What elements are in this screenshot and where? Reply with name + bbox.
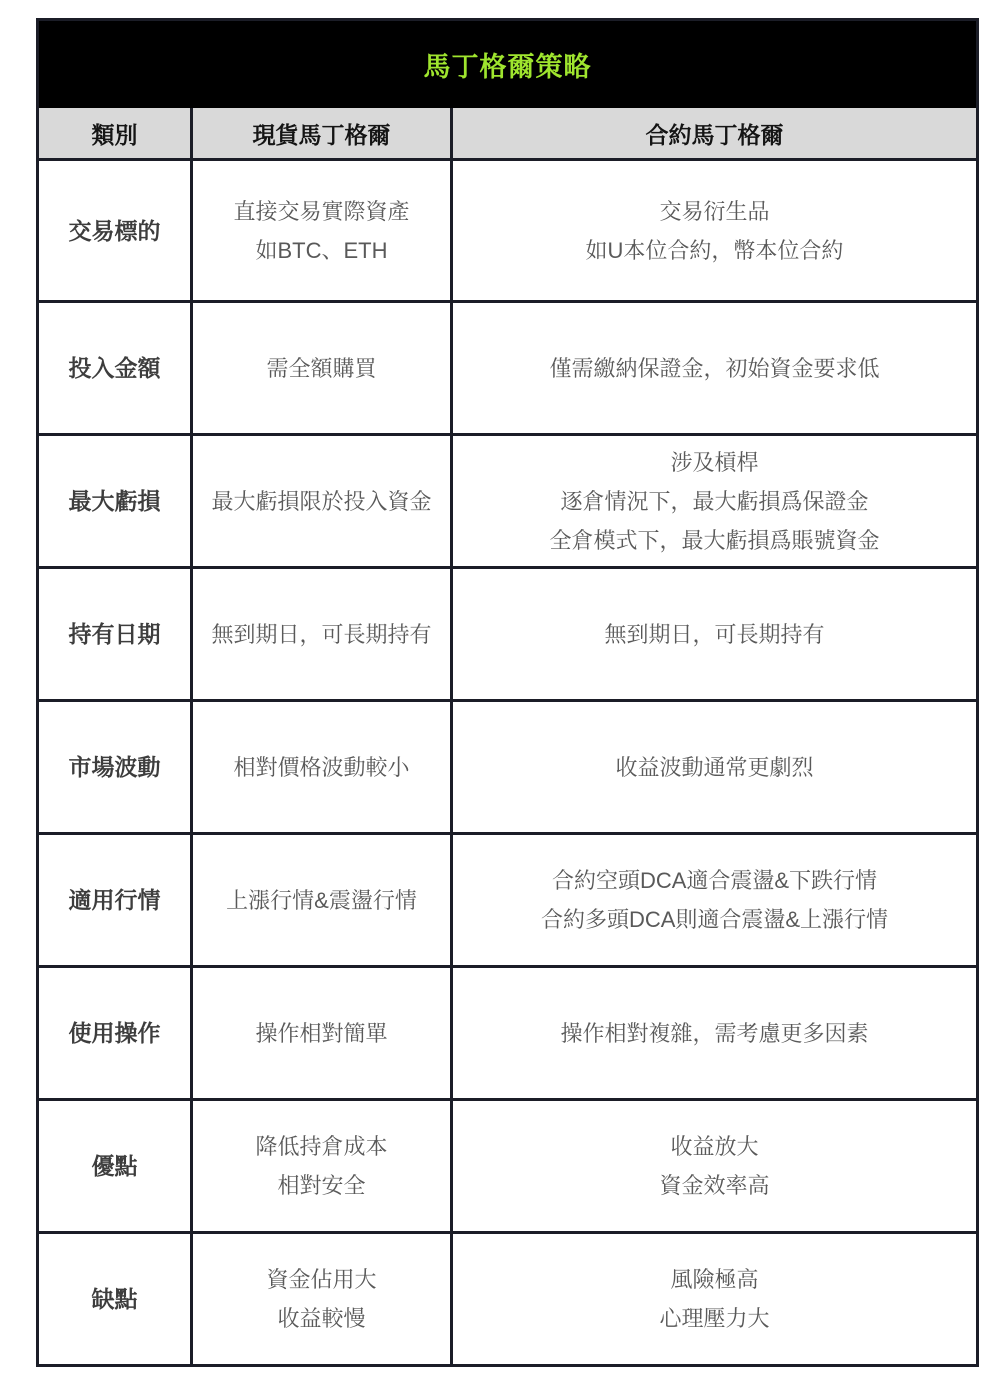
cell-line: 逐倉情況下，最大虧損爲保證金 [560, 482, 868, 521]
row-label: 適用行情 [39, 835, 190, 965]
cell-line: 收益較慢 [277, 1299, 365, 1338]
row-label: 市場波動 [39, 702, 190, 832]
contract-value-cell: 交易衍生品如U本位合約，幣本位合約 [450, 161, 976, 300]
contract-value-cell: 收益波動通常更劇烈 [450, 702, 976, 832]
spot-value-cell: 需全額購買 [190, 303, 450, 433]
table-row: 適用行情上漲行情&震盪行情合約空頭DCA適合震盪&下跌行情合約多頭DCA則適合震… [39, 832, 976, 965]
contract-value-cell: 涉及槓桿逐倉情況下，最大虧損爲保證金全倉模式下，最大虧損爲賬號資金 [450, 436, 976, 566]
cell-line: 無到期日，可長期持有 [211, 615, 431, 654]
cell-line: 僅需繳納保證金，初始資金要求低 [549, 349, 879, 388]
cell-line: 交易標的 [69, 214, 161, 248]
spot-value-cell: 操作相對簡單 [190, 968, 450, 1098]
table-title: 馬丁格爾策略 [424, 45, 592, 84]
spot-value-cell: 直接交易實際資產如BTC、ETH [190, 161, 450, 300]
table-row: 最大虧損最大虧損限於投入資金涉及槓桿逐倉情況下，最大虧損爲保證金全倉模式下，最大… [39, 433, 976, 566]
row-label: 使用操作 [39, 968, 190, 1098]
table-title-band: 馬丁格爾策略 [39, 21, 976, 108]
row-label: 投入金額 [39, 303, 190, 433]
cell-line: 相對安全 [277, 1166, 365, 1205]
table-row: 交易標的直接交易實際資產如BTC、ETH交易衍生品如U本位合約，幣本位合約 [39, 158, 976, 300]
header-spot-martingale: 現貨馬丁格爾 [190, 108, 450, 158]
cell-line: 相對價格波動較小 [233, 748, 409, 787]
cell-line: 需全額購買 [266, 349, 376, 388]
spot-value-cell: 資金佔用大收益較慢 [190, 1234, 450, 1364]
contract-value-cell: 風險極高心理壓力大 [450, 1234, 976, 1364]
cell-line: 直接交易實際資產 [233, 192, 409, 231]
cell-line: 交易衍生品 [659, 192, 769, 231]
cell-line: 如U本位合約，幣本位合約 [586, 231, 844, 270]
contract-value-cell: 操作相對複雜，需考慮更多因素 [450, 968, 976, 1098]
table-row: 優點降低持倉成本相對安全收益放大資金效率高 [39, 1098, 976, 1231]
page: 馬丁格爾策略 類別 現貨馬丁格爾 合約馬丁格爾 交易標的直接交易實際資產如BTC… [0, 0, 1002, 1384]
contract-value-cell: 合約空頭DCA適合震盪&下跌行情合約多頭DCA則適合震盪&上漲行情 [450, 835, 976, 965]
table-row: 持有日期無到期日，可長期持有無到期日，可長期持有 [39, 566, 976, 699]
cell-line: 持有日期 [69, 617, 161, 651]
cell-line: 市場波動 [69, 750, 161, 784]
cell-line: 操作相對簡單 [255, 1014, 387, 1053]
row-label: 最大虧損 [39, 436, 190, 566]
cell-line: 最大虧損限於投入資金 [211, 482, 431, 521]
cell-line: 使用操作 [69, 1016, 161, 1050]
header-contract-martingale: 合約馬丁格爾 [450, 108, 976, 158]
table-row: 市場波動相對價格波動較小收益波動通常更劇烈 [39, 699, 976, 832]
contract-value-cell: 僅需繳納保證金，初始資金要求低 [450, 303, 976, 433]
cell-line: 最大虧損 [69, 484, 161, 518]
cell-line: 涉及槓桿 [670, 443, 758, 482]
table-row: 投入金額需全額購買僅需繳納保證金，初始資金要求低 [39, 300, 976, 433]
cell-line: 操作相對複雜，需考慮更多因素 [560, 1014, 868, 1053]
cell-line: 無到期日，可長期持有 [604, 615, 824, 654]
contract-value-cell: 收益放大資金效率高 [450, 1101, 976, 1231]
row-label: 交易標的 [39, 161, 190, 300]
table-row: 使用操作操作相對簡單操作相對複雜，需考慮更多因素 [39, 965, 976, 1098]
cell-line: 缺點 [92, 1282, 138, 1316]
table-body: 交易標的直接交易實際資產如BTC、ETH交易衍生品如U本位合約，幣本位合約投入金… [39, 158, 976, 1364]
cell-line: 收益波動通常更劇烈 [615, 748, 813, 787]
cell-line: 降低持倉成本 [255, 1127, 387, 1166]
table-row: 缺點資金佔用大收益較慢風險極高心理壓力大 [39, 1231, 976, 1364]
row-label: 持有日期 [39, 569, 190, 699]
cell-line: 資金效率高 [659, 1166, 769, 1205]
cell-line: 如BTC、ETH [255, 231, 387, 270]
cell-line: 適用行情 [69, 883, 161, 917]
header-category: 類別 [39, 108, 190, 158]
spot-value-cell: 無到期日，可長期持有 [190, 569, 450, 699]
spot-value-cell: 上漲行情&震盪行情 [190, 835, 450, 965]
cell-line: 合約空頭DCA適合震盪&下跌行情 [552, 861, 877, 900]
row-label: 優點 [39, 1101, 190, 1231]
cell-line: 心理壓力大 [659, 1299, 769, 1338]
cell-line: 優點 [92, 1149, 138, 1183]
cell-line: 資金佔用大 [266, 1260, 376, 1299]
cell-line: 合約多頭DCA則適合震盪&上漲行情 [541, 900, 888, 939]
contract-value-cell: 無到期日，可長期持有 [450, 569, 976, 699]
cell-line: 收益放大 [670, 1127, 758, 1166]
spot-value-cell: 降低持倉成本相對安全 [190, 1101, 450, 1231]
table-header-row: 類別 現貨馬丁格爾 合約馬丁格爾 [39, 108, 976, 158]
row-label: 缺點 [39, 1234, 190, 1364]
cell-line: 風險極高 [670, 1260, 758, 1299]
cell-line: 全倉模式下，最大虧損爲賬號資金 [549, 521, 879, 560]
cell-line: 上漲行情&震盪行情 [226, 881, 417, 920]
spot-value-cell: 最大虧損限於投入資金 [190, 436, 450, 566]
martingale-comparison-table: 馬丁格爾策略 類別 現貨馬丁格爾 合約馬丁格爾 交易標的直接交易實際資產如BTC… [36, 18, 979, 1367]
spot-value-cell: 相對價格波動較小 [190, 702, 450, 832]
cell-line: 投入金額 [69, 351, 161, 385]
